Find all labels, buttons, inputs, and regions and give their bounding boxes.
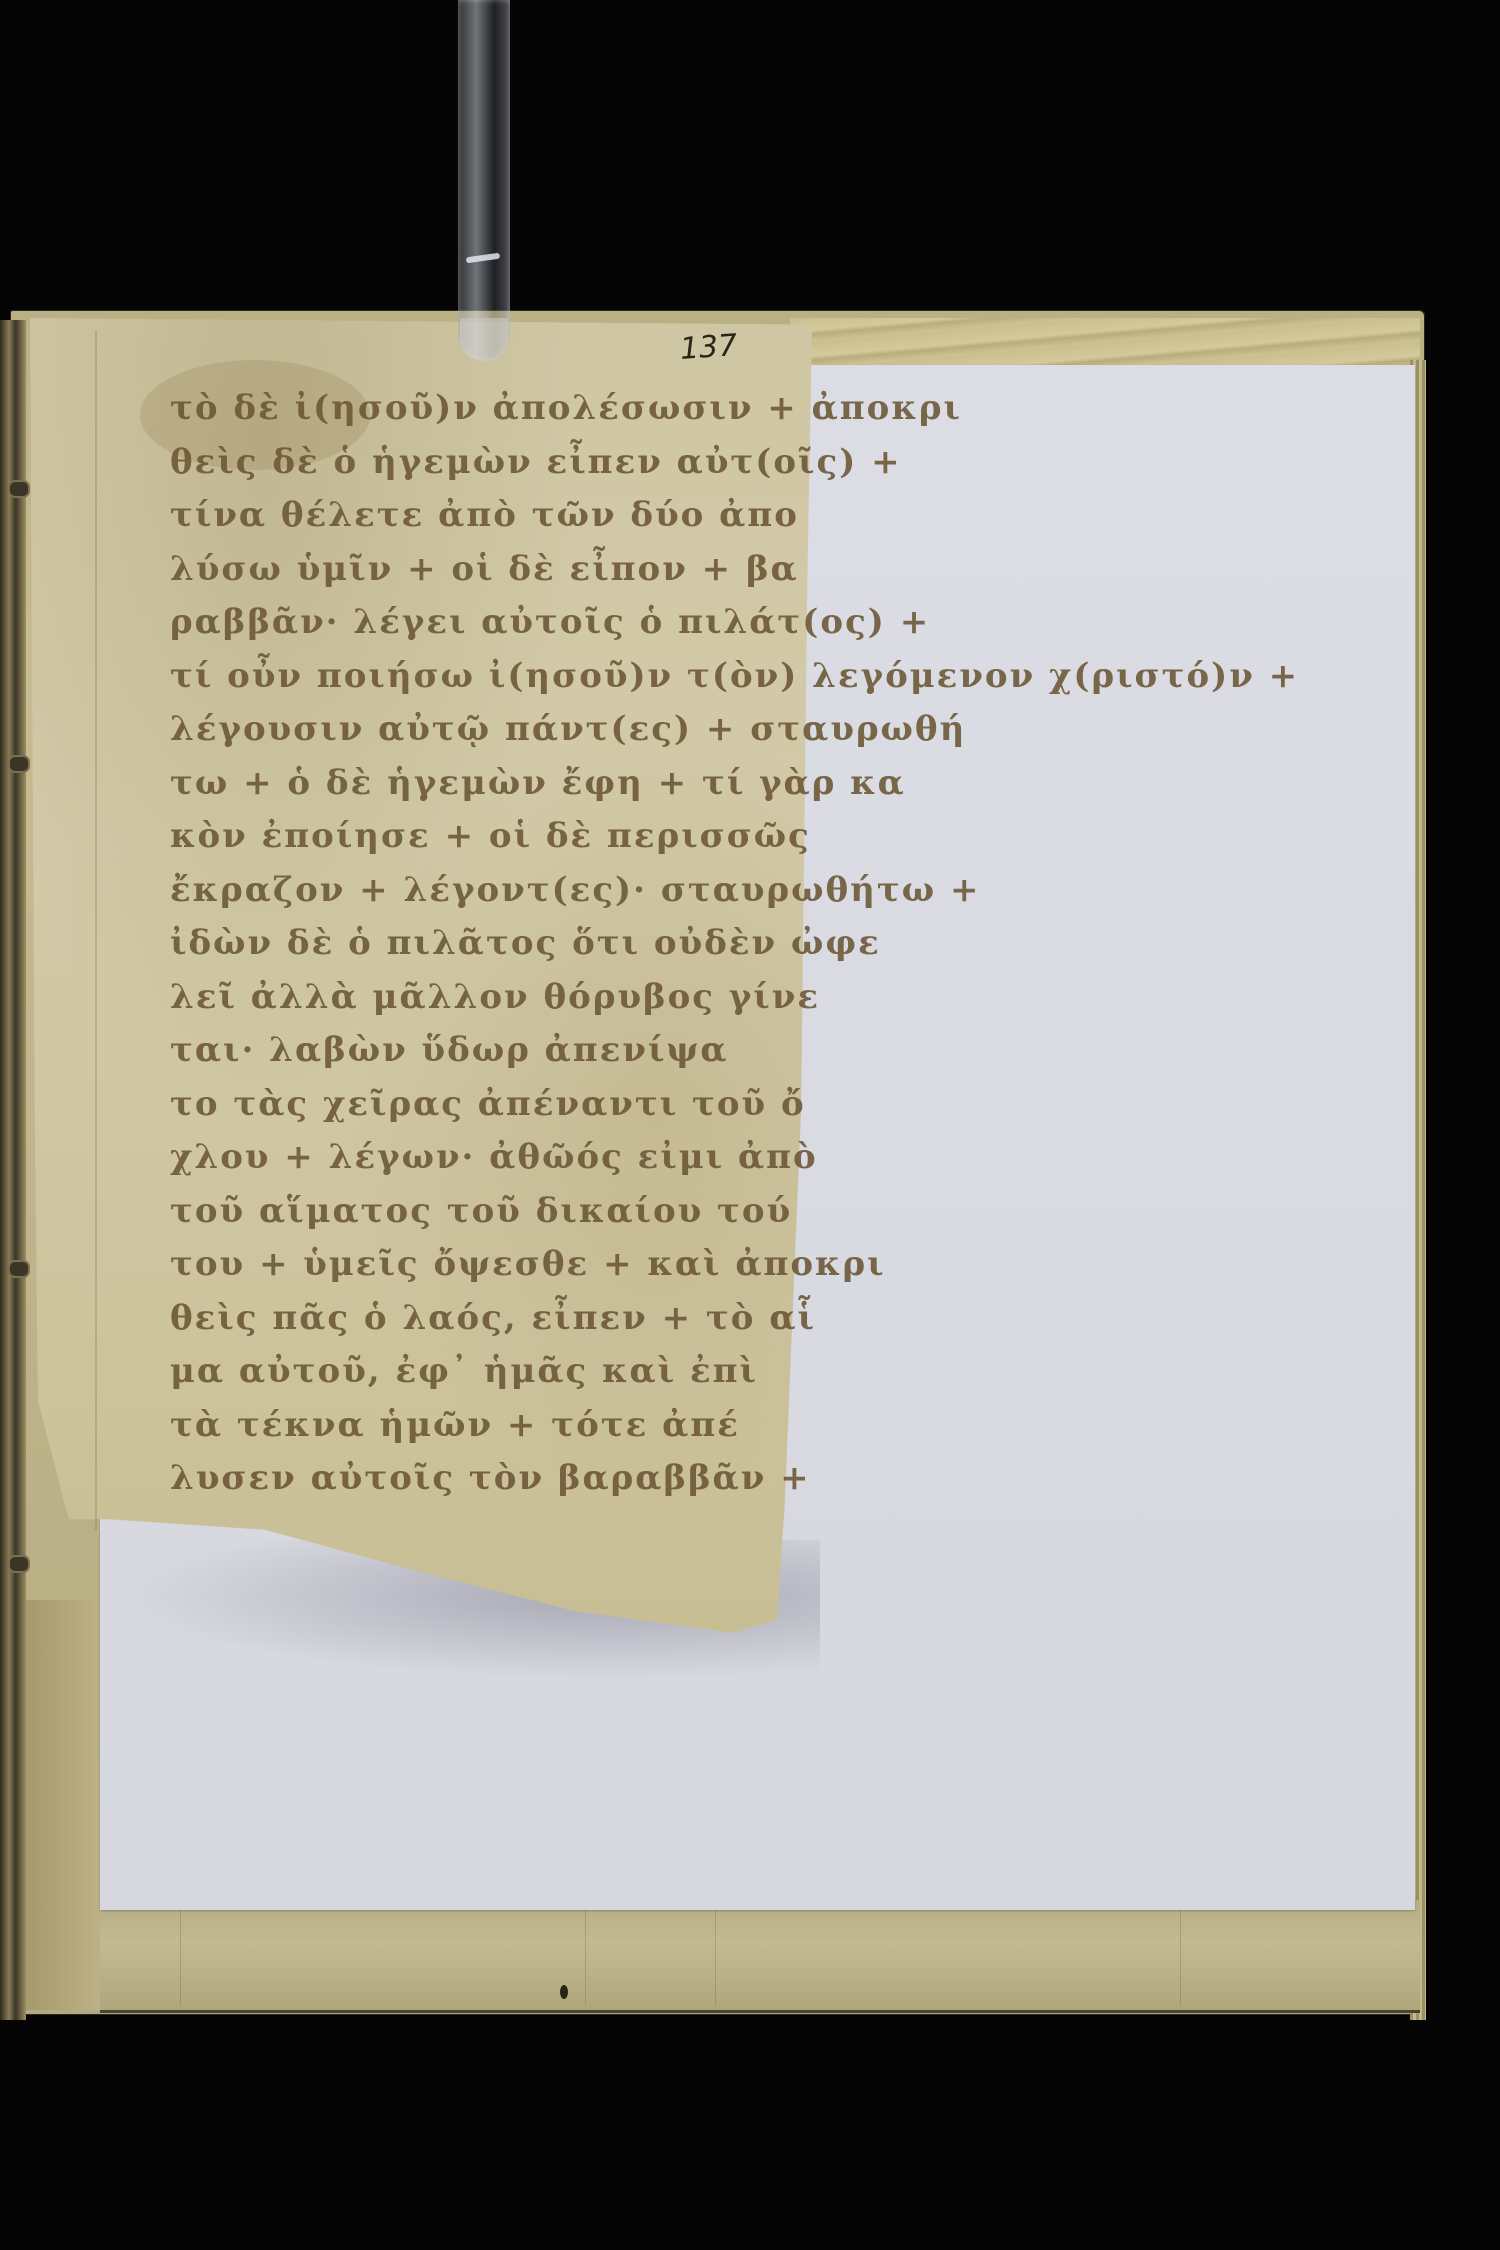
manuscript-line: κὸν ἐποίησε + οἱ δὲ περισσῶς [170, 810, 780, 864]
manuscript-line: ἰδὼν δὲ ὁ πιλᾶτος ὅτι οὐδὲν ὠφε [170, 917, 780, 971]
manuscript-line: ται· λαβὼν ὕδωρ ἀπενίψα [170, 1024, 780, 1078]
manuscript-line: θεὶς δὲ ὁ ἡγεμὼν εἶπεν αὐτ(οῖς) + [170, 436, 780, 490]
binding-stitch [8, 1260, 30, 1278]
binding-stitch [8, 1555, 30, 1573]
manuscript-line: του + ὑμεῖς ὄψεσθε + καὶ ἀποκρι [170, 1238, 780, 1292]
manuscript-line: ἔκραζον + λέγοντ(ες)· σταυρωθήτω + [170, 864, 780, 918]
bottom-page-margin [100, 1900, 1420, 2013]
ruling-line [715, 1905, 716, 2005]
binding-stitch [8, 755, 30, 773]
ruling-line [180, 1905, 181, 2005]
manuscript-line: λύσω ὑμῖν + οἱ δὲ εἶπον + βα [170, 543, 780, 597]
plastic-clip [458, 0, 510, 360]
manuscript-line: λυσεν αὐτοῖς τὸν βαραββᾶν + [170, 1452, 780, 1506]
manuscript-line: τω + ὁ δὲ ἡγεμὼν ἔφη + τί γὰρ κα [170, 757, 780, 811]
binding-stitch [8, 480, 30, 498]
manuscript-line: ραββᾶν· λέγει αὐτοῖς ὁ πιλάτ(ος) + [170, 596, 780, 650]
manuscript-line: τὰ τέκνα ἡμῶν + τότε ἀπέ [170, 1399, 780, 1453]
manuscript-line: μα αὐτοῦ, ἐφ᾿ ἡμᾶς καὶ ἐπὶ [170, 1345, 780, 1399]
manuscript-line: τί οὖν ποιήσω ἰ(ησοῦ)ν τ(ὸν) λεγόμενον χ… [170, 650, 780, 704]
manuscript-line: θεὶς πᾶς ὁ λαός, εἶπεν + τὸ αἷ [170, 1292, 780, 1346]
manuscript-line: το τὰς χεῖρας ἀπέναντι τοῦ ὄ [170, 1078, 780, 1132]
manuscript-line: λεῖ ἀλλὰ μᾶλλον θόρυβος γίνε [170, 971, 780, 1025]
left-page-margin [26, 1600, 102, 2010]
manuscript-text-block: τὸ δὲ ἰ(ησοῦ)ν ἀπολέσωσιν + ἀποκρι θεὶς … [170, 382, 780, 1506]
book-spine [0, 320, 26, 2020]
manuscript-line: λέγουσιν αὐτῷ πάντ(ες) + σταυρωθή [170, 703, 780, 757]
manuscript-line: χλου + λέγων· ἀθῶός εἰμι ἀπὸ [170, 1131, 780, 1185]
fold-line [95, 330, 97, 1530]
manuscript-line: τίνα θέλετε ἀπὸ τῶν δύο ἀπο [170, 489, 780, 543]
manuscript-line: τὸ δὲ ἰ(ησοῦ)ν ἀπολέσωσιν + ἀποκρι [170, 382, 780, 436]
ruling-line [585, 1905, 586, 2005]
folio-number: 137 [679, 328, 739, 367]
manuscript-line: τοῦ αἵματος τοῦ δικαίου τού [170, 1185, 780, 1239]
ink-speck [560, 1985, 568, 1999]
ruling-line [1180, 1905, 1181, 2005]
